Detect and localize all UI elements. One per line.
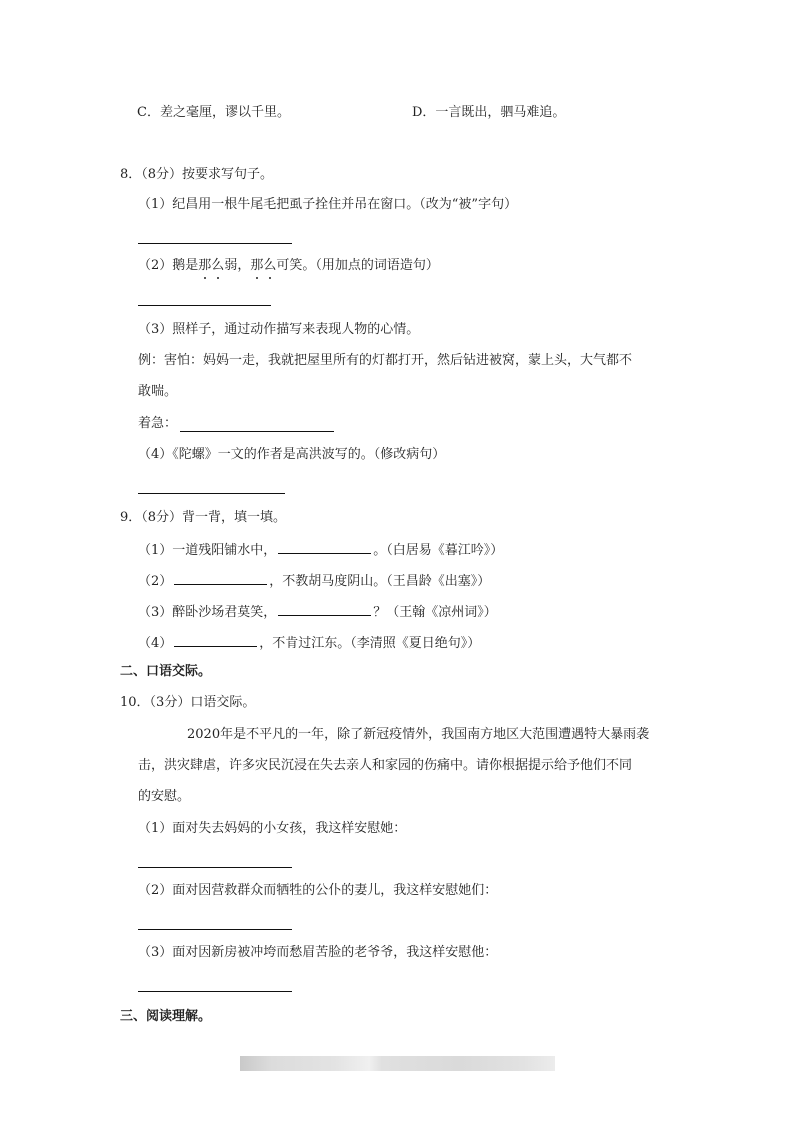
q9-item4-blank[interactable]: [174, 634, 257, 647]
q8-anxious-answer-line[interactable]: [180, 431, 334, 432]
q10-item1: （1）面对失去妈妈的小女孩，我这样安慰她：: [138, 821, 406, 837]
q9-item2-suffix: ，不教胡马度阴山。（王昌龄《出塞》）: [269, 574, 490, 589]
q10-para-line1: 2020年是不平凡的一年，除了新冠疫情外，我国南方地区大范围遭遇特大暴雨袭: [187, 727, 649, 743]
q8-example-line2: 敢喘。: [138, 384, 177, 400]
blurred-footer-watermark: [240, 1056, 555, 1071]
section2-heading: 二、口语交际。: [120, 664, 211, 680]
q9-item4-prefix: （4）: [138, 636, 172, 651]
q10-para-line3: 的安慰。: [138, 789, 190, 805]
emphasis-dot-char: 那: [250, 258, 263, 274]
q8-item3: （3）照样子，通过动作描写来表现人物的心情。: [138, 322, 419, 338]
q10-item2: （2）面对因营救群众而牺牲的公仆的妻儿，我这样安慰她们：: [138, 883, 497, 899]
option-d: D．一言既出，驷马难追。: [412, 105, 565, 121]
q8-item2-answer-line[interactable]: [138, 305, 271, 306]
q9-item1-blank[interactable]: [278, 541, 371, 554]
emphasis-dot-char: 么: [263, 258, 276, 274]
q9-item3-prefix: （3）醉卧沙场君莫笑，: [138, 605, 276, 620]
q8-item2: （2）鹅是那么弱，那么可笑。（用加点的词语造句）: [138, 258, 439, 274]
q10-title: 10．（3分）口语交际。: [120, 695, 255, 711]
q10-item3: （3）面对因新房被冲垮而愁眉苦脸的老爷爷，我这样安慰他：: [138, 945, 497, 961]
emphasis-dot-char: 么: [211, 258, 224, 274]
q10-item1-answer-line[interactable]: [138, 867, 292, 868]
q9-item3-suffix: ？（王翰《凉州词》）: [373, 605, 497, 620]
q9-item4-suffix: ，不肯过江东。（李清照《夏日绝句》）: [259, 636, 480, 651]
q9-item1-prefix: （1）一道残阳铺水中，: [138, 543, 276, 558]
section3-heading: 三、阅读理解。: [120, 1009, 211, 1025]
q9-item1: （1）一道残阳铺水中，。（白居易《暮江吟》）: [138, 541, 503, 559]
q8-item4: （4）《陀螺》一文的作者是高洪波写的。（修改病句）: [138, 447, 445, 463]
q8-example-line1: 例：害怕：妈妈一走，我就把屋里所有的灯都打开，然后钻进被窝，蒙上头，大气都不: [138, 353, 632, 369]
emphasis-dot-char: 那: [198, 258, 211, 274]
q9-item3-blank[interactable]: [278, 603, 371, 616]
q9-item2-blank[interactable]: [174, 572, 267, 585]
q9-item3: （3）醉卧沙场君莫笑，？（王翰《凉州词》）: [138, 603, 497, 621]
q8-title: 8．（8分）按要求写句子。: [120, 167, 273, 183]
q10-para-line2: 击，洪灾肆虐，许多灾民沉浸在失去亲人和家园的伤痛中。请你根据提示给予他们不同: [138, 758, 632, 774]
q10-item3-answer-line[interactable]: [138, 991, 292, 992]
q9-title: 9．（8分）背一背，填一填。: [120, 510, 286, 526]
q10-item2-answer-line[interactable]: [138, 929, 292, 930]
option-c: C．差之毫厘，谬以千里。: [137, 105, 290, 121]
q9-item1-suffix: 。（白居易《暮江吟》）: [373, 543, 503, 558]
q8-item2-suffix: 可笑。（用加点的词语造句）: [276, 258, 439, 273]
q9-item2: （2），不教胡马度阴山。（王昌龄《出塞》）: [138, 572, 490, 590]
q8-item1: （1）纪昌用一根牛尾毛把虱子拴住并吊在窗口。（改为“被”字句）: [138, 197, 517, 213]
q8-item2-mid: 弱，: [224, 258, 250, 273]
q9-item4: （4），不肯过江东。（李清照《夏日绝句》）: [138, 634, 480, 652]
q8-anxious-label: 着急：: [138, 416, 177, 432]
q9-item2-prefix: （2）: [138, 574, 172, 589]
q8-item4-answer-line[interactable]: [138, 493, 285, 494]
q8-item2-prefix: （2）鹅是: [138, 258, 198, 273]
q8-item1-answer-line[interactable]: [138, 243, 292, 244]
